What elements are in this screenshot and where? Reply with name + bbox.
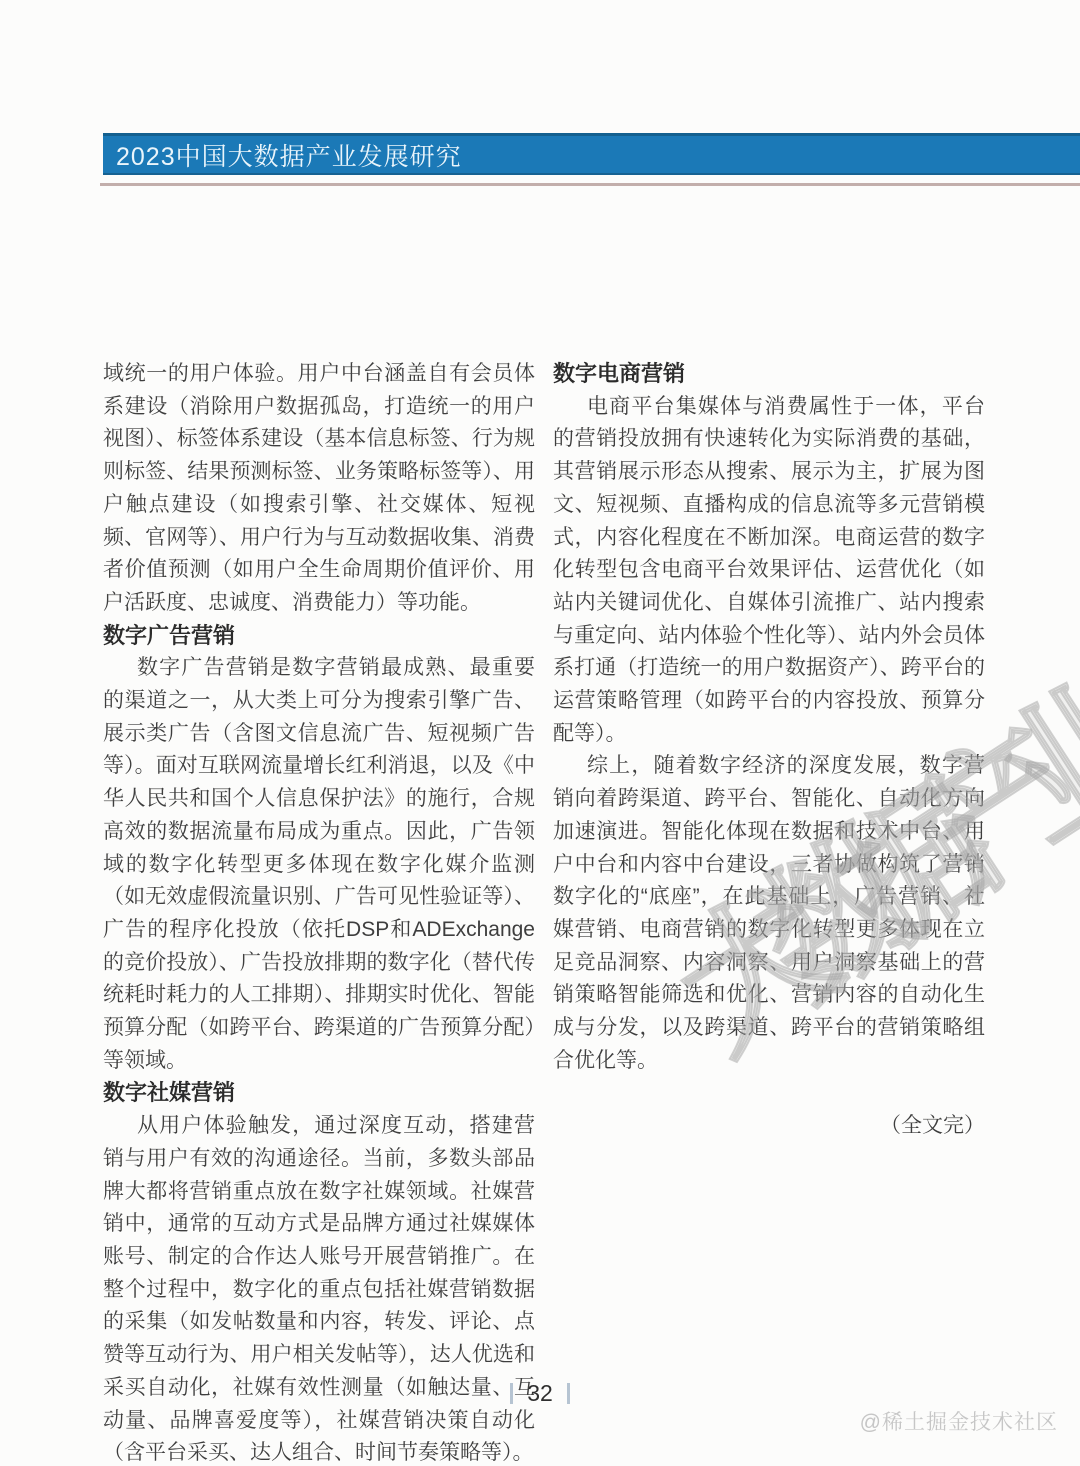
page-footer: 32 bbox=[0, 1380, 1080, 1407]
header-bar: 2023中国大数据产业发展研究 bbox=[103, 133, 1080, 175]
section-heading-digital-ad-marketing: 数字广告营销 bbox=[103, 620, 535, 653]
end-of-article-note: （全文完） bbox=[553, 1110, 985, 1143]
page-header-title: 2023中国大数据产业发展研究 bbox=[103, 137, 462, 173]
community-credit-watermark: @稀土掘金技术社区 bbox=[860, 1406, 1058, 1436]
paragraph-summary: 综上，随着数字经济的深度发展，数字营销向着跨渠道、跨平台、智能化、自动化方向加速… bbox=[553, 750, 985, 1077]
page-number: 32 bbox=[527, 1380, 553, 1407]
page-number-divider-left bbox=[510, 1383, 513, 1404]
paragraph-social-media-marketing: 从用户体验触发，通过深度互动，搭建营销与用户有效的沟通途径。当前，多数头部品牌大… bbox=[103, 1110, 535, 1466]
paragraph-ecommerce-marketing: 电商平台集媒体与消费属性于一体，平台的营销投放拥有快速转化为实际消费的基础，其营… bbox=[553, 391, 985, 751]
right-column: 数字电商营销 电商平台集媒体与消费属性于一体，平台的营销投放拥有快速转化为实际消… bbox=[553, 358, 985, 1143]
paragraph-user-platform-continuation: 域统一的用户体验。用户中台涵盖自有会员体系建设（消除用户数据孤岛，打造统一的用户… bbox=[103, 358, 535, 620]
paragraph-digital-ad-marketing: 数字广告营销是数字营销最成熟、最重要的渠道之一，从大类上可分为搜索引擎广告、展示… bbox=[103, 652, 535, 1077]
header-divider-line bbox=[100, 183, 1080, 186]
left-column: 域统一的用户体验。用户中台涵盖自有会员体系建设（消除用户数据孤岛，打造统一的用户… bbox=[103, 358, 535, 1466]
document-page: 2023中国大数据产业发展研究 域统一的用户体验。用户中台涵盖自有会员体系建设（… bbox=[0, 0, 1080, 1466]
page-number-divider-right bbox=[567, 1383, 570, 1404]
section-heading-social-media-marketing: 数字社媒营销 bbox=[103, 1077, 535, 1110]
section-heading-ecommerce-marketing: 数字电商营销 bbox=[553, 358, 985, 391]
